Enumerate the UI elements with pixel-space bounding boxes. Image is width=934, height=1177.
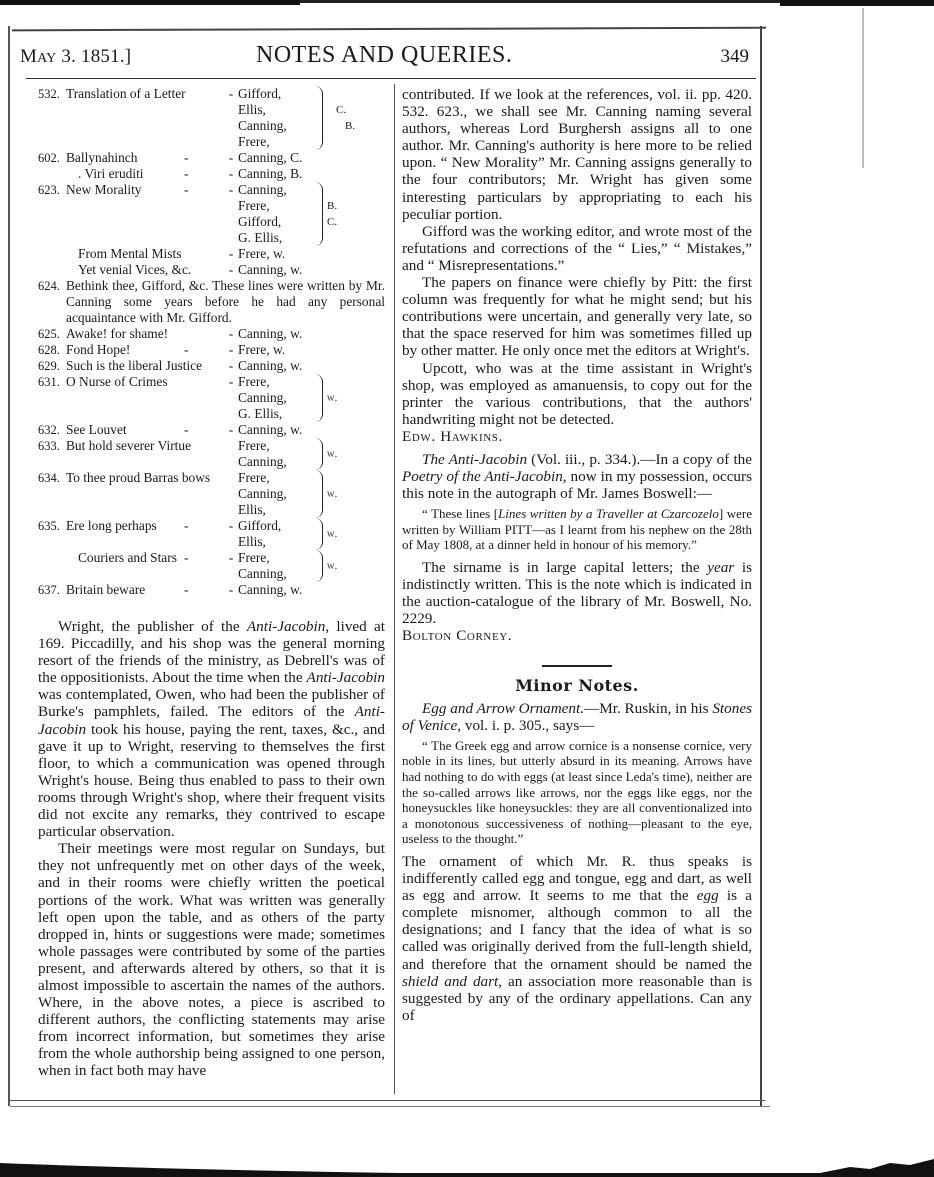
attribution-row: 628.Fond Hope!--Frere, w. xyxy=(38,342,385,358)
issue-date: MAY 3. 1851.] xyxy=(20,46,131,68)
author-name: Frere, xyxy=(238,134,308,150)
author-names: Frere,Canning,G. Ellis, xyxy=(238,374,308,422)
author-name: Frere, xyxy=(238,374,308,390)
attribution-row: 631.O Nurse of Crimes-Frere,Canning,G. E… xyxy=(38,374,385,422)
entry-number xyxy=(38,246,66,262)
author-name: Canning, w. xyxy=(238,422,308,438)
author-name: Frere, xyxy=(238,470,308,486)
piece-title: Awake! for shame! xyxy=(66,326,224,342)
source-mark: C. xyxy=(327,214,337,230)
author-names: Canning, w. xyxy=(238,422,308,438)
leader-dash: - xyxy=(184,182,188,198)
author-name: Gifford, xyxy=(238,86,308,102)
piece-title: Ere long perhaps- xyxy=(66,518,224,550)
journal-title: NOTES AND QUERIES. xyxy=(256,42,512,69)
header-rule xyxy=(26,78,756,79)
leader-dash: - xyxy=(184,582,188,598)
entry-number: 628. xyxy=(38,342,66,358)
piece-title: . Viri eruditi- xyxy=(66,166,224,182)
source-marks: w. xyxy=(327,550,337,582)
leader-dash: - xyxy=(224,358,238,374)
piece-title: To thee proud Barras bows xyxy=(66,470,224,518)
frame-bottom-rule xyxy=(10,1100,765,1101)
author-names: Canning, C. xyxy=(238,150,308,166)
leader-dash: - xyxy=(184,150,188,166)
paragraph-finance: The papers on finance were chiefly by Pi… xyxy=(402,274,752,359)
attribution-row: 602.Ballynahinch--Canning, C. xyxy=(38,150,385,166)
entry-number: 623. xyxy=(38,182,66,246)
entry-number: 602. xyxy=(38,150,66,166)
source-mark: w. xyxy=(327,486,337,502)
author-names: Gifford,Ellis,Canning,Frere, xyxy=(238,86,308,150)
quote-ruskin: “ The Greek egg and arrow cornice is a n… xyxy=(402,738,752,847)
author-name: Gifford, xyxy=(238,518,308,534)
author-name: Frere, xyxy=(238,550,308,566)
source-mark: w. xyxy=(327,526,337,542)
piece-title: Such is the liberal Justice xyxy=(66,358,224,374)
author-name: Canning, xyxy=(238,486,308,502)
entry-number: 625. xyxy=(38,326,66,342)
author-name: Canning, xyxy=(238,182,308,198)
attribution-row: Couriers and Stars--Frere,Canning,w. xyxy=(38,550,385,582)
leader-dash: - xyxy=(224,342,238,358)
entry-number xyxy=(38,550,66,582)
author-name: Canning, w. xyxy=(238,262,308,278)
attribution-row: 625.Awake! for shame!-Canning, w. xyxy=(38,326,385,342)
leader-dash: - xyxy=(224,326,238,342)
author-name: Canning, xyxy=(238,566,308,582)
section-heading-minor-notes: Minor Notes. xyxy=(402,677,752,694)
attribution-row: . Viri eruditi--Canning, B. xyxy=(38,166,385,182)
author-names: Canning, w. xyxy=(238,326,308,342)
piece-title: O Nurse of Crimes xyxy=(66,374,224,422)
attribution-row: 632.See Louvet--Canning, w. xyxy=(38,422,385,438)
author-names: Frere,Canning,Ellis, xyxy=(238,470,308,518)
author-name: Frere, xyxy=(238,438,308,454)
attribution-row: 634.To thee proud Barras bowsFrere,Canni… xyxy=(38,470,385,518)
leader-dash: - xyxy=(224,582,238,598)
leader-dash: - xyxy=(224,166,238,182)
entry-number: 634. xyxy=(38,470,66,518)
author-name: Frere, xyxy=(238,198,308,214)
attribution-row: Yet venial Vices, &c.-Canning, w. xyxy=(38,262,385,278)
brace xyxy=(308,470,323,518)
source-marks: C.B. xyxy=(327,86,355,150)
signature-corney: Bolton Corney. xyxy=(402,627,746,644)
brace xyxy=(308,86,323,150)
entry-number xyxy=(38,262,66,278)
leader-dash: - xyxy=(224,182,238,246)
signature-hawkins: Edw. Hawkins. xyxy=(402,428,746,445)
entry-number: 633. xyxy=(38,438,66,470)
leader-dash: - xyxy=(184,550,188,566)
attribution-list: 532.Translation of a Letter-Gifford,Elli… xyxy=(38,86,385,598)
author-names: Frere, w. xyxy=(238,342,308,358)
brace xyxy=(308,550,323,582)
piece-title: Couriers and Stars- xyxy=(66,550,224,582)
brace xyxy=(308,374,323,422)
entry-number: 532. xyxy=(38,86,66,150)
piece-title: See Louvet- xyxy=(66,422,224,438)
frame-bottom-rule-2 xyxy=(10,1106,770,1107)
author-name: Canning, C. xyxy=(238,150,308,166)
source-marks: B.C. xyxy=(327,182,337,246)
piece-title: Ballynahinch- xyxy=(66,150,224,166)
leader-dash: - xyxy=(224,262,238,278)
left-column: 532.Translation of a Letter-Gifford,Elli… xyxy=(38,86,385,1080)
entry-number: 629. xyxy=(38,358,66,374)
paragraph-wright: Wright, the publisher of the Anti-Jacobi… xyxy=(38,618,385,840)
author-name: Gifford, xyxy=(238,214,308,230)
quote-boswell: “ These lines [Lines written by a Travel… xyxy=(402,506,752,553)
source-marks: w. xyxy=(327,438,337,470)
author-name: Canning, xyxy=(238,390,308,406)
source-mark: w. xyxy=(327,390,337,406)
leader-dash: - xyxy=(224,374,238,422)
source-mark: B. xyxy=(327,198,337,214)
scan-edge-top xyxy=(0,0,934,14)
author-name: G. Ellis, xyxy=(238,406,308,422)
leader-dash xyxy=(224,470,238,518)
piece-title: But hold severer Virtue xyxy=(66,438,224,470)
author-names: Gifford,Ellis, xyxy=(238,518,308,550)
source-mark: C. xyxy=(336,102,346,118)
leader-dash: - xyxy=(184,422,188,438)
author-name: Canning, w. xyxy=(238,358,308,374)
paragraph-egg-arrow: Egg and Arrow Ornament.—Mr. Ruskin, in h… xyxy=(402,700,752,734)
piece-title: New Morality- xyxy=(66,182,224,246)
author-names: Canning,Frere,Gifford,G. Ellis, xyxy=(238,182,308,246)
scan-margin-line xyxy=(862,8,864,168)
author-names: Canning, w. xyxy=(238,262,308,278)
paragraph-anti-jacobin: The Anti-Jacobin (Vol. iii., p. 334.).—I… xyxy=(402,451,752,502)
piece-title: From Mental Mists xyxy=(66,246,224,262)
piece-title: Fond Hope!- xyxy=(66,342,224,358)
piece-title: Yet venial Vices, &c. xyxy=(66,262,224,278)
leader-dash xyxy=(224,438,238,470)
leader-dash: - xyxy=(224,246,238,262)
paragraph-sirname: The sirname is in large capital letters;… xyxy=(402,559,752,627)
author-name: Frere, w. xyxy=(238,246,308,262)
piece-title: Translation of a Letter xyxy=(66,86,224,150)
scan-edge-bottom xyxy=(0,1157,934,1177)
source-mark: w. xyxy=(327,446,337,462)
author-name: Canning, w. xyxy=(238,326,308,342)
entry-number: 637. xyxy=(38,582,66,598)
leader-dash: - xyxy=(184,166,188,182)
section-rule xyxy=(542,665,612,667)
leader-dash: - xyxy=(224,550,238,582)
paragraph-gifford: Gifford was the working editor, and wrot… xyxy=(402,223,752,274)
source-mark: w. xyxy=(327,558,337,574)
attribution-row: 637.Britain beware--Canning, w. xyxy=(38,582,385,598)
paragraph-ornament: The ornament of which Mr. R. thus speaks… xyxy=(402,853,752,1024)
author-names: Frere,Canning, xyxy=(238,438,308,470)
author-name: Ellis, xyxy=(238,102,308,118)
attribution-row: 532.Translation of a Letter-Gifford,Elli… xyxy=(38,86,385,150)
source-mark: B. xyxy=(345,118,355,134)
author-name: Canning, w. xyxy=(238,582,308,598)
source-marks: w. xyxy=(327,374,337,422)
attribution-row: 633.But hold severer VirtueFrere,Canning… xyxy=(38,438,385,470)
attribution-row: 635.Ere long perhaps--Gifford,Ellis,w. xyxy=(38,518,385,550)
attribution-row: 623.New Morality--Canning,Frere,Gifford,… xyxy=(38,182,385,246)
leader-dash: - xyxy=(184,342,188,358)
column-divider xyxy=(394,84,395,1094)
attribution-row: From Mental Mists-Frere, w. xyxy=(38,246,385,262)
author-name: Ellis, xyxy=(238,534,308,550)
brace xyxy=(308,518,323,550)
leader-dash: - xyxy=(184,518,188,534)
author-name: Canning, xyxy=(238,118,308,134)
author-names: Canning, w. xyxy=(238,582,308,598)
entry-number: 635. xyxy=(38,518,66,550)
leader-dash: - xyxy=(224,150,238,166)
brace xyxy=(308,438,323,470)
author-names: Frere,Canning, xyxy=(238,550,308,582)
author-names: Frere, w. xyxy=(238,246,308,262)
author-name: Ellis, xyxy=(238,502,308,518)
leader-dash: - xyxy=(224,86,238,150)
author-name: Canning, B. xyxy=(238,166,308,182)
page-number: 349 xyxy=(721,46,750,68)
paragraph-contributed: contributed. If we look at the reference… xyxy=(402,86,752,223)
entry-number: 632. xyxy=(38,422,66,438)
page-header: MAY 3. 1851.] NOTES AND QUERIES. 349 xyxy=(20,40,753,74)
entry-number: 631. xyxy=(38,374,66,422)
source-marks: w. xyxy=(327,518,337,550)
note-624: 624.Bethink thee, Gifford, &c. These lin… xyxy=(38,278,385,326)
entry-number xyxy=(38,166,66,182)
author-name: Frere, w. xyxy=(238,342,308,358)
attribution-row: 629.Such is the liberal Justice-Canning,… xyxy=(38,358,385,374)
author-names: Canning, B. xyxy=(238,166,308,182)
piece-title: Britain beware- xyxy=(66,582,224,598)
brace xyxy=(308,182,323,246)
leader-dash: - xyxy=(224,518,238,550)
leader-dash: - xyxy=(224,422,238,438)
author-names: Canning, w. xyxy=(238,358,308,374)
source-marks: w. xyxy=(327,470,337,518)
author-name: G. Ellis, xyxy=(238,230,308,246)
author-name: Canning, xyxy=(238,454,308,470)
paragraph-meetings: Their meetings were most regular on Sund… xyxy=(38,840,385,1079)
paragraph-upcott: Upcott, who was at the time assistant in… xyxy=(402,360,752,428)
right-column: contributed. If we look at the reference… xyxy=(402,86,752,1024)
